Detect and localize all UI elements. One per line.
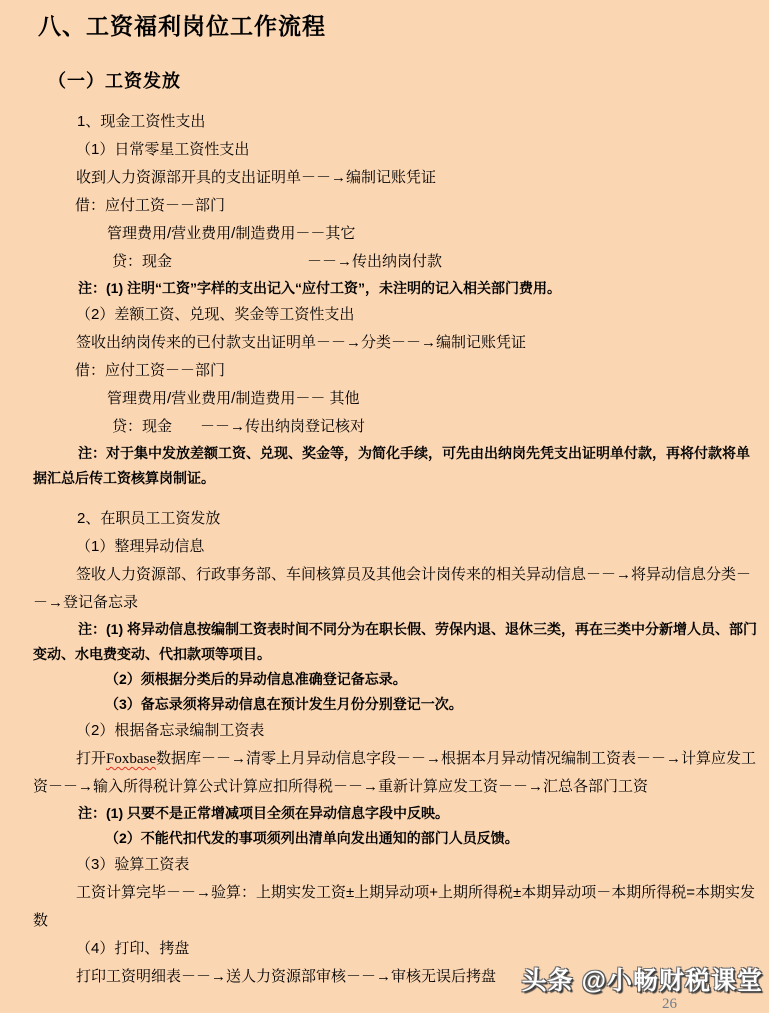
foxbase-word-spellchecked: Foxbase: [106, 751, 156, 767]
subsection-cash-wage-heading: 1、现金工资性支出: [33, 108, 757, 136]
ledger-debit-line: 借：应付工资－－部门: [33, 192, 757, 220]
flow-prefix: 打开: [76, 750, 106, 767]
document-page: 八、工资福利岗位工作流程 （一）工资发放 1、现金工资性支出 （1）日常零星工资…: [0, 0, 769, 991]
credit-arrow-note: －－→传出纳岗付款: [307, 253, 442, 270]
credit-arrow-note: －－→传出纳岗登记核对: [200, 418, 365, 435]
flow-line-foxbase: 打开Foxbase数据库－－→清零上月异动信息字段－－→根据本月异动情况编制工资…: [33, 745, 757, 801]
ledger-credit-line: 贷：现金－－→传出纳岗付款: [33, 248, 757, 276]
item-2-4-heading: （4）打印、拷盘: [33, 935, 757, 963]
ledger-debit-sub-line: 管理费用/营业费用/制造费用－－ 其他: [33, 385, 757, 413]
note-line: 注：对于集中发放差额工资、兑现、奖金等，为简化手续，可先由出纳岗先凭支出证明单付…: [33, 441, 757, 491]
item-1-1-heading: （1）日常零星工资性支出: [33, 136, 757, 164]
ledger-debit-line: 借：应付工资－－部门: [33, 357, 757, 385]
section-1-heading: （一）工资发放: [48, 68, 757, 94]
ledger-debit-sub-line: 管理费用/营业费用/制造费用－－其它: [33, 220, 757, 248]
note-sub-line: （2）不能代扣代发的事项须列出清单向发出通知的部门人员反馈。: [33, 826, 757, 851]
subsection-employee-wage-heading: 2、在职员工工资发放: [33, 505, 757, 533]
credit-account: 贷：现金: [112, 253, 172, 270]
watermark: 头条 @小畅财税课堂: [522, 961, 763, 997]
note-sub-line: （3）备忘录须将异动信息在预计发生月份分别登记一次。: [33, 692, 757, 717]
item-2-3-heading: （3）验算工资表: [33, 851, 757, 879]
flow-line: 签收人力资源部、行政事务部、车间核算员及其他会计岗传来的相关异动信息－－→将异动…: [33, 561, 757, 617]
note-line: 注：(1) 只要不是正常增减项目全须在异动信息字段中反映。: [33, 801, 757, 826]
ledger-credit-line: 贷：现金－－→传出纳岗登记核对: [33, 413, 757, 441]
flow-line: 工资计算完毕－－→验算：上期实发工资±上期异动项+上期所得税±本期异动项－本期所…: [33, 879, 757, 935]
page-number: 26: [662, 995, 677, 1013]
flow-line: 收到人力资源部开具的支出证明单－－→编制记账凭证: [33, 164, 757, 192]
item-2-1-heading: （1）整理异动信息: [33, 533, 757, 561]
item-2-2-heading: （2）根据备忘录编制工资表: [33, 717, 757, 745]
item-1-2-heading: （2）差额工资、兑现、奖金等工资性支出: [33, 301, 757, 329]
flow-line: 签收出纳岗传来的已付款支出证明单－－→分类－－→编制记账凭证: [33, 329, 757, 357]
note-line: 注：(1) 注明“工资”字样的支出记入“应付工资”，未注明的记入相关部门费用。: [33, 276, 757, 301]
credit-account: 贷：现金: [112, 418, 172, 435]
note-sub-line: （2）须根据分类后的异动信息准确登记备忘录。: [33, 667, 757, 692]
note-line: 注：(1) 将异动信息按编制工资表时间不同分为在职长假、劳保内退、退休三类，再在…: [33, 617, 757, 667]
page-title: 八、工资福利岗位工作流程: [38, 0, 757, 44]
